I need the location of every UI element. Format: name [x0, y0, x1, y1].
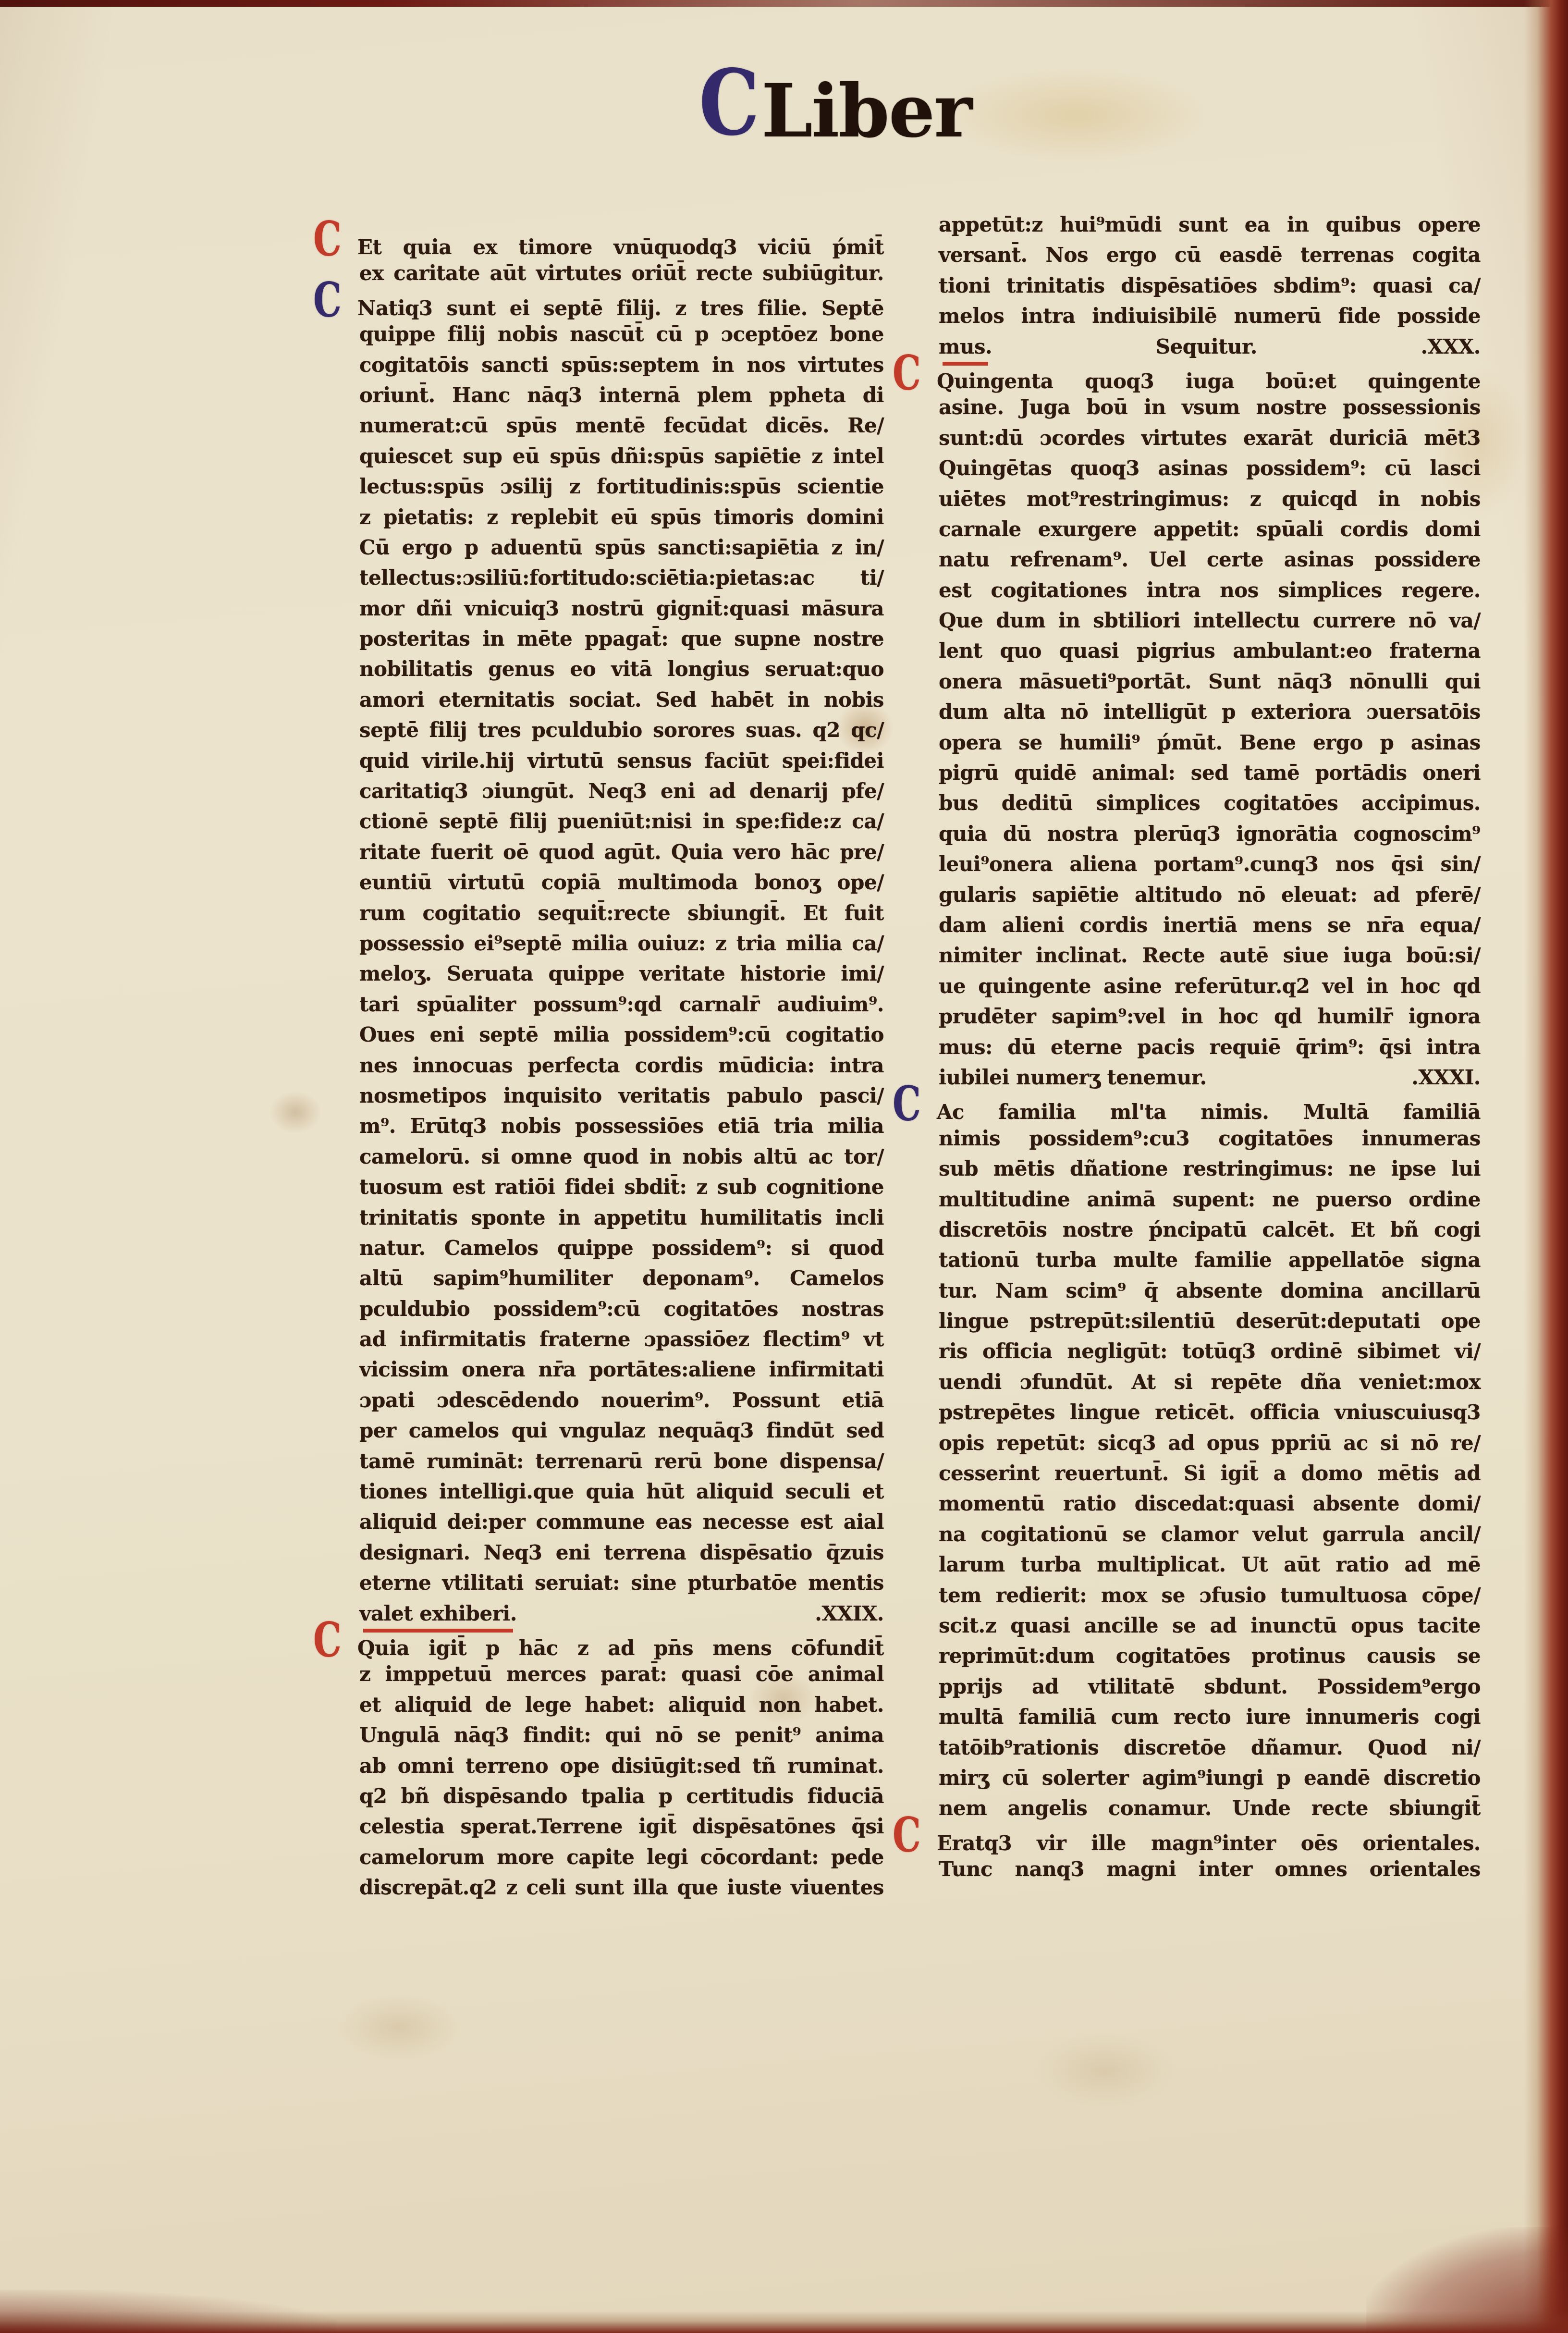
- line-text: ɔpati ɔdescēdendo nouerim⁹. Possunt etiā: [359, 1388, 884, 1412]
- text-line: tur. Nam scim⁹ q̄ absente domina ancilla…: [939, 1276, 1481, 1306]
- text-line: amori eternitatis sociat. Sed habēt in n…: [359, 685, 884, 715]
- line-text: opera se humili⁹ ṕmūt. Bene ergo p asina…: [939, 731, 1481, 754]
- line-text: cogitatōis sancti spūs:septem in nos vir…: [359, 353, 884, 377]
- line-text: m⁹. Erūtq3 nobis possessiōes etiā tria m…: [359, 1114, 884, 1138]
- text-line: cesserint reuertunt̄. Si igit̄ a domo mē…: [939, 1458, 1481, 1488]
- line-text: mus: dū eterne pacis requiē q̄rim⁹: q̄si…: [939, 1035, 1481, 1059]
- text-line: nosmetipos inquisito veritatis pabulo pa…: [359, 1081, 884, 1111]
- text-line: ritate fuerit oē quod agūt. Quia vero hā…: [359, 837, 884, 867]
- text-line: oriunt̄. Hanc nāq3 internā plem ppheta d…: [359, 380, 884, 410]
- line-text: rum cogitatio sequit̄:recte sbiungit̄. E…: [359, 901, 884, 925]
- text-line: CQuia igit̄ p hāc z ad pn̄s mens cōfundi…: [359, 1629, 884, 1659]
- text-line: rum cogitatio sequit̄:recte sbiungit̄. E…: [359, 898, 884, 928]
- line-text: mor dñi vnicuiq3 nostrū gignit̄:quasi mā…: [359, 597, 884, 620]
- text-line: CQuingenta quoq3 iuga boū:et quingente: [939, 362, 1481, 392]
- text-line: prudēter sapim⁹:vel in hoc qd humilr̄ ig…: [939, 1001, 1481, 1031]
- text-line: pculdubio possidem⁹:cū cogitatōes nostra…: [359, 1294, 884, 1324]
- line-text: larum turba multiplicat. Ut aūt ratio ad…: [939, 1553, 1481, 1576]
- text-line: momentū ratio discedat:quasi absente dom…: [939, 1488, 1481, 1519]
- pilcrow-icon: C: [893, 354, 937, 393]
- line-text: versant̄. Nos ergo cū easdē terrenas cog…: [939, 243, 1481, 267]
- line-text: carnale exurgere appetit: spūali cordis …: [939, 517, 1481, 541]
- text-line: quid virile.hij virtutū sensus faciūt sp…: [359, 746, 884, 776]
- line-text: tatōib⁹rationis discretōe dñamur. Quod n…: [939, 1736, 1481, 1759]
- line-text: eterne vtilitati seruiat: sine pturbatōe…: [359, 1571, 884, 1595]
- text-line: natu refrenam⁹. Uel certe asinas posside…: [939, 544, 1481, 575]
- line-text: celestia sperat.Terrene igit̄ dispēsatōn…: [359, 1815, 884, 1838]
- line-text: natur. Camelos quippe possidem⁹: si quod: [359, 1236, 884, 1260]
- text-line: eterne vtilitati seruiat: sine pturbatōe…: [359, 1568, 884, 1598]
- text-line: posteritas in mēte ppagat̄: que supne no…: [359, 624, 884, 654]
- text-line: tamē rumināt: terrenarū rerū bone dispen…: [359, 1446, 884, 1476]
- text-line: versant̄. Nos ergo cū easdē terrenas cog…: [939, 240, 1481, 270]
- line-text: nosmetipos inquisito veritatis pabulo pa…: [359, 1084, 884, 1107]
- line-text: quippe filij nobis nascūt̄ cū p ɔceptōez…: [359, 322, 884, 346]
- text-line: quia dū nostra plerūq3 ignorātia cognosc…: [939, 819, 1481, 849]
- line-text: lingue pstrepūt:silentiū deserūt:deputat…: [939, 1309, 1481, 1333]
- line-text: bus deditū simplices cogitatōes accipimu…: [939, 791, 1481, 815]
- text-line: onera māsueti⁹portāt. Sunt nāq3 nōnulli …: [939, 666, 1481, 697]
- text-line: euntiū virtutū copiā multimoda bonoʒ ope…: [359, 867, 884, 897]
- line-text: tationū turba multe familie appellatōe s…: [939, 1248, 1481, 1272]
- line-text: ad infirmitatis fraterne ɔpassiōez flect…: [359, 1327, 884, 1351]
- text-line: ab omni terreno ope disiūgit:sed tñ rumi…: [359, 1751, 884, 1781]
- line-text: nimiter inclinat. Recte autē siue iuga b…: [939, 944, 1481, 967]
- line-text: Que dum in sbtiliori intellectu currere …: [939, 609, 1481, 632]
- text-line: ue quingente asine referūtur.q2 vel in h…: [939, 971, 1481, 1001]
- text-line: celestia sperat.Terrene igit̄ dispēsatōn…: [359, 1811, 884, 1842]
- text-line: opera se humili⁹ ṕmūt. Bene ergo p asina…: [939, 727, 1481, 758]
- text-line: mirʒ cū solerter agim⁹iungi p eandē disc…: [939, 1763, 1481, 1793]
- paper-stain: [1033, 2032, 1177, 2109]
- text-line: tatōib⁹rationis discretōe dñamur. Quod n…: [939, 1732, 1481, 1763]
- text-line: possessio ei⁹septē milia ouiuz: z tria m…: [359, 928, 884, 958]
- line-text: nes innocuas perfecta cordis mūdicia: in…: [359, 1054, 884, 1077]
- pilcrow-icon: C: [313, 281, 357, 319]
- text-line: tiones intelligi.que quia hūt aliquid se…: [359, 1476, 884, 1507]
- text-line: mus.Sequitur..XXX.: [939, 332, 1481, 362]
- line-text: natu refrenam⁹. Uel certe asinas posside…: [939, 548, 1481, 571]
- line-text: tiones intelligi.que quia hūt aliquid se…: [359, 1480, 884, 1503]
- text-line: q2 bñ dispēsando tpalia p certitudis fid…: [359, 1781, 884, 1811]
- text-line: na cogitationū se clamor velut garrula a…: [939, 1519, 1481, 1549]
- text-line: opis repetūt: sicq3 ad opus ppriū ac si …: [939, 1428, 1481, 1458]
- text-line: ris officia negligūt: totūq3 ordinē sibi…: [939, 1336, 1481, 1366]
- line-text: Ac familia ml'ta nimis. Multā familiā: [937, 1100, 1481, 1124]
- text-line: pstrepētes lingue reticēt. officia vnius…: [939, 1397, 1481, 1427]
- line-text: tur. Nam scim⁹ q̄ absente domina ancilla…: [939, 1279, 1481, 1302]
- text-line: bus deditū simplices cogitatōes accipimu…: [939, 788, 1481, 818]
- text-line: Cū ergo p aduentū spūs sancti:sapiētia z…: [359, 532, 884, 563]
- line-text: discrepāt.q2 z celi sunt illa que iuste …: [359, 1876, 884, 1899]
- text-line: camelorū. si omne quod in nobis altū ac …: [359, 1142, 884, 1172]
- text-line: tem redierit: mox se ɔfusio tumultuosa c…: [939, 1580, 1481, 1610]
- chapter-number: .XXIX.: [815, 1598, 884, 1629]
- text-line: CEt quia ex timore vnūquodq3 viciū ṕmit̄: [359, 228, 884, 258]
- line-text: gularis sapiētie altitudo nō eleuat: ad …: [939, 883, 1481, 907]
- text-line: melos intra indiuisibilē numerū fide pos…: [939, 301, 1481, 331]
- line-text: Quingenta quoq3 iuga boū:et quingente: [937, 369, 1481, 393]
- line-text: z imppetuū merces parat̄: quasi cōe anim…: [359, 1662, 884, 1686]
- text-line: CAc familia ml'ta nimis. Multā familiā: [939, 1093, 1481, 1123]
- book-fore-edge: [1524, 0, 1568, 2333]
- text-line: vicissim onera nr̄a portātes:aliene infi…: [359, 1354, 884, 1385]
- line-text: trinitatis sponte in appetitu humilitati…: [359, 1206, 884, 1229]
- line-text: Natiq3 sunt ei septē filij. z tres filie…: [357, 296, 884, 320]
- book-corner-stain: [0, 2290, 336, 2333]
- line-text: opis repetūt: sicq3 ad opus ppriū ac si …: [939, 1431, 1481, 1455]
- line-text: vicissim onera nr̄a portātes:aliene infi…: [359, 1358, 884, 1381]
- text-line: gularis sapiētie altitudo nō eleuat: ad …: [939, 880, 1481, 910]
- line-text: posteritas in mēte ppagat̄: que supne no…: [359, 627, 884, 651]
- text-line: m⁹. Erūtq3 nobis possessiōes etiā tria m…: [359, 1111, 884, 1141]
- text-line: dam alieni cordis inertiā mens se nr̄a e…: [939, 910, 1481, 940]
- text-line: tuosum est ratiōi fidei sbdit̄: z sub co…: [359, 1172, 884, 1202]
- line-text: multā familiā cum recto iure innumeris c…: [939, 1705, 1481, 1729]
- text-line: designari. Neq3 eni terrena dispēsatio q…: [359, 1537, 884, 1568]
- text-line: sunt:dū ɔcordes virtutes exarāt duriciā …: [939, 423, 1481, 453]
- line-text: cesserint reuertunt̄. Si igit̄ a domo mē…: [939, 1461, 1481, 1485]
- line-text: tari spūaliter possum⁹:qd carnalr̄ audiu…: [359, 993, 884, 1016]
- text-line: aliquid dei:per commune eas necesse est …: [359, 1507, 884, 1537]
- text-line: z imppetuū merces parat̄: quasi cōe anim…: [359, 1659, 884, 1689]
- line-text: lent quo quasi pigrius ambulant:eo frate…: [939, 639, 1481, 663]
- text-line: natur. Camelos quippe possidem⁹: si quod: [359, 1233, 884, 1263]
- chapter-number: .XXXI.: [1411, 1062, 1481, 1093]
- text-line: numerat:cū spūs mentē fecūdat dicēs. Re/: [359, 410, 884, 441]
- text-line: CEratq3 vir ille magn⁹inter oēs oriental…: [939, 1824, 1481, 1854]
- line-text: Ungulā nāq3 findit: qui nō se penit⁹ ani…: [359, 1723, 884, 1747]
- pilcrow-icon: C: [313, 1621, 357, 1660]
- line-text: camelorum more capite legi cōcordant: pe…: [359, 1845, 884, 1869]
- text-line: trinitatis sponte in appetitu humilitati…: [359, 1203, 884, 1233]
- line-text: aliquid dei:per commune eas necesse est …: [359, 1510, 884, 1534]
- text-line: altū sapim⁹humiliter deponam⁹. Camelos: [359, 1263, 884, 1293]
- pilcrow-icon: C: [893, 1085, 937, 1124]
- line-text: tamē rumināt: terrenarū rerū bone dispen…: [359, 1449, 884, 1473]
- text-line: meloʒ. Seruata quippe veritate historie …: [359, 958, 884, 989]
- rubricated-phrase: mus.: [939, 332, 992, 362]
- text-line: mus: dū eterne pacis requiē q̄rim⁹: q̄si…: [939, 1032, 1481, 1062]
- text-line: Que dum in sbtiliori intellectu currere …: [939, 605, 1481, 636]
- text-line: tari spūaliter possum⁹:qd carnalr̄ audiu…: [359, 989, 884, 1019]
- text-line: multā familiā cum recto iure innumeris c…: [939, 1702, 1481, 1732]
- line-text: tuosum est ratiōi fidei sbdit̄: z sub co…: [359, 1175, 884, 1199]
- text-line: iubilei numerʒ tenemur..XXXI.: [939, 1062, 1481, 1093]
- text-line: scit.z quasi ancille se ad inunctū opus …: [939, 1610, 1481, 1641]
- line-text: camelorū. si omne quod in nobis altū ac …: [359, 1145, 884, 1168]
- paper-stain: [942, 67, 1211, 163]
- text-line: est cogitationes intra nos simplices reg…: [939, 575, 1481, 605]
- line-text: quiescet sup eū spūs dñi:spūs sapiētie z…: [359, 444, 884, 468]
- text-line: lingue pstrepūt:silentiū deserūt:deputat…: [939, 1306, 1481, 1336]
- line-text: tellectus:ɔsiliū:fortitudo:sciētia:pieta…: [359, 566, 884, 589]
- line-text: onera māsueti⁹portāt. Sunt nāq3 nōnulli …: [939, 670, 1481, 693]
- text-line: CNatiq3 sunt ei septē filij. z tres fili…: [359, 289, 884, 319]
- line-text: melos intra indiuisibilē numerū fide pos…: [939, 304, 1481, 328]
- text-line: uiētes mot⁹restringimus: z quicqd in nob…: [939, 484, 1481, 514]
- text-line: lectus:spūs ɔsilij z fortitudinis:spūs s…: [359, 471, 884, 502]
- line-text: ris officia negligūt: totūq3 ordinē sibi…: [939, 1339, 1481, 1363]
- text-line: cogitatōis sancti spūs:septem in nos vir…: [359, 350, 884, 380]
- line-text: et aliquid de lege habet: aliquid non ha…: [359, 1693, 884, 1717]
- line-text: Quia igit̄ p hāc z ad pn̄s mens cōfundit…: [357, 1636, 884, 1660]
- line-text: prudēter sapim⁹:vel in hoc qd humilr̄ ig…: [939, 1005, 1481, 1028]
- line-text: pculdubio possidem⁹:cū cogitatōes nostra…: [359, 1297, 884, 1321]
- pilcrow-icon: C: [699, 58, 759, 149]
- text-line: asine. Juga boū in vsum nostre possessio…: [939, 392, 1481, 422]
- line-text: ex caritate aūt virtutes oriūt̄ recte su…: [359, 261, 884, 285]
- text-line: quiescet sup eū spūs dñi:spūs sapiētie z…: [359, 441, 884, 471]
- text-line: larum turba multiplicat. Ut aūt ratio ad…: [939, 1549, 1481, 1580]
- line-text: meloʒ. Seruata quippe veritate historie …: [359, 962, 884, 985]
- line-text-center: Sequitur.: [1156, 332, 1257, 362]
- text-line: discretōis nostre ṕncipatū calcēt. Et bñ…: [939, 1215, 1481, 1245]
- book-page: CLiber CEt quia ex timore vnūquodq3 vici…: [0, 0, 1568, 2333]
- text-line: mor dñi vnicuiq3 nostrū gignit̄:quasi mā…: [359, 593, 884, 624]
- text-line: quippe filij nobis nascūt̄ cū p ɔceptōez…: [359, 319, 884, 349]
- text-line: camelorum more capite legi cōcordant: pe…: [359, 1842, 884, 1872]
- line-text: reprimūt:dum cogitatōes protinus causis …: [939, 1644, 1481, 1668]
- text-line: Quingētas quoq3 asinas possidem⁹: cū las…: [939, 453, 1481, 483]
- line-text: multitudine animā supent: ne puerso ordi…: [939, 1188, 1481, 1211]
- text-line: carnale exurgere appetit: spūali cordis …: [939, 514, 1481, 544]
- line-text: nem angelis conamur. Unde recte sbiungit…: [939, 1796, 1481, 1820]
- text-line: ad infirmitatis fraterne ɔpassiōez flect…: [359, 1324, 884, 1354]
- line-text: Cū ergo p aduentū spūs sancti:sapiētia z…: [359, 536, 884, 559]
- paper-stain: [336, 1994, 461, 2061]
- text-line: Tunc nanq3 magni inter omnes orientales: [939, 1854, 1481, 1884]
- line-text: pprijs ad vtilitatē sbdunt. Possidem⁹erg…: [939, 1675, 1481, 1698]
- line-text: iubilei numerʒ tenemur.: [939, 1062, 1207, 1093]
- line-text: asine. Juga boū in vsum nostre possessio…: [939, 395, 1481, 419]
- line-text: tioni trinitatis dispēsatiōes sbdim⁹: qu…: [939, 274, 1481, 297]
- text-column-left: CEt quia ex timore vnūquodq3 viciū ṕmit̄…: [359, 228, 884, 1903]
- line-text: Quingētas quoq3 asinas possidem⁹: cū las…: [939, 456, 1481, 480]
- line-text: sub mētis dñatione restringimus: ne ipse…: [939, 1157, 1481, 1180]
- text-line: nimiter inclinat. Recte autē siue iuga b…: [939, 940, 1481, 970]
- text-line: nimis possidem⁹:cu3 cogitatōes innumeras: [939, 1123, 1481, 1154]
- text-line: Ungulā nāq3 findit: qui nō se penit⁹ ani…: [359, 1720, 884, 1750]
- line-text: uiētes mot⁹restringimus: z quicqd in nob…: [939, 487, 1481, 511]
- line-text: q2 bñ dispēsando tpalia p certitudis fid…: [359, 1784, 884, 1808]
- line-text: quid virile.hij virtutū sensus faciūt sp…: [359, 749, 884, 773]
- line-text: possessio ei⁹septē milia ouiuz: z tria m…: [359, 932, 884, 955]
- line-text: caritatiq3 ɔiungūt. Neq3 eni ad denarij …: [359, 779, 884, 803]
- line-text: Et quia ex timore vnūquodq3 viciū ṕmit̄: [357, 235, 884, 259]
- text-line: uendi ɔfundūt. At si repēte dña veniet:m…: [939, 1367, 1481, 1397]
- text-line: ɔpati ɔdescēdendo nouerim⁹. Possunt etiā: [359, 1385, 884, 1415]
- text-line: dum alta nō intelligūt p exteriora ɔuers…: [939, 697, 1481, 727]
- book-top-edge: [0, 0, 1568, 7]
- line-text: dum alta nō intelligūt p exteriora ɔuers…: [939, 700, 1481, 724]
- line-text: scit.z quasi ancille se ad inunctū opus …: [939, 1614, 1481, 1637]
- line-text: ctionē septē filij pueniūt:nisi in spe:f…: [359, 810, 884, 833]
- text-line: per camelos qui vngulaz nequāq3 findūt s…: [359, 1415, 884, 1446]
- text-line: ex caritate aūt virtutes oriūt̄ recte su…: [359, 258, 884, 288]
- text-line: nes innocuas perfecta cordis mūdicia: in…: [359, 1050, 884, 1081]
- book-corner-stain: [1366, 2227, 1568, 2333]
- line-text: oriunt̄. Hanc nāq3 internā plem ppheta d…: [359, 383, 884, 407]
- line-text: pigrū quidē animal: sed tamē portādis on…: [939, 761, 1481, 785]
- text-line: caritatiq3 ɔiungūt. Neq3 eni ad denarij …: [359, 776, 884, 806]
- line-text: amori eternitatis sociat. Sed habēt in n…: [359, 688, 884, 712]
- text-line: tioni trinitatis dispēsatiōes sbdim⁹: qu…: [939, 270, 1481, 301]
- text-line: et aliquid de lege habet: aliquid non ha…: [359, 1690, 884, 1720]
- text-line: sub mētis dñatione restringimus: ne ipse…: [939, 1154, 1481, 1184]
- text-line: Oues eni septē milia possidem⁹:cū cogita…: [359, 1019, 884, 1050]
- line-text: mirʒ cū solerter agim⁹iungi p eandē disc…: [939, 1766, 1481, 1790]
- pilcrow-icon: C: [893, 1816, 937, 1854]
- text-column-right: appetūt:z hui⁹mūdi sunt ea in quibus ope…: [939, 209, 1481, 1884]
- line-text: ue quingente asine referūtur.q2 vel in h…: [939, 974, 1481, 998]
- line-text: altū sapim⁹humiliter deponam⁹. Camelos: [359, 1266, 884, 1290]
- line-text: euntiū virtutū copiā multimoda bonoʒ ope…: [359, 871, 884, 894]
- text-line: septē filij tres pculdubio sorores suas.…: [359, 715, 884, 745]
- text-line: ctionē septē filij pueniūt:nisi in spe:f…: [359, 806, 884, 836]
- line-text: lectus:spūs ɔsilij z fortitudinis:spūs s…: [359, 475, 884, 498]
- text-line: nobilitatis genus eo vitā longius seruat…: [359, 654, 884, 684]
- line-text: dam alieni cordis inertiā mens se nr̄a e…: [939, 913, 1481, 937]
- line-text: sunt:dū ɔcordes virtutes exarāt duriciā …: [939, 426, 1481, 450]
- line-text: Oues eni septē milia possidem⁹:cū cogita…: [359, 1023, 884, 1046]
- text-line: tationū turba multe familie appellatōe s…: [939, 1245, 1481, 1275]
- running-head: CLiber: [699, 72, 971, 154]
- line-text: tem redierit: mox se ɔfusio tumultuosa c…: [939, 1584, 1481, 1607]
- text-line: pigrū quidē animal: sed tamē portādis on…: [939, 758, 1481, 788]
- line-text: appetūt:z hui⁹mūdi sunt ea in quibus ope…: [939, 213, 1481, 236]
- line-text: septē filij tres pculdubio sorores suas.…: [359, 718, 884, 742]
- text-line: lent quo quasi pigrius ambulant:eo frate…: [939, 636, 1481, 666]
- line-text: per camelos qui vngulaz nequāq3 findūt s…: [359, 1419, 884, 1442]
- line-text: quia dū nostra plerūq3 ignorātia cognosc…: [939, 822, 1481, 846]
- line-text: Eratq3 vir ille magn⁹inter oēs orientale…: [937, 1831, 1481, 1855]
- line-text: momentū ratio discedat:quasi absente dom…: [939, 1492, 1481, 1515]
- paper-stain: [269, 1091, 322, 1134]
- text-line: valet exhiberi..XXIX.: [359, 1598, 884, 1629]
- pilcrow-icon: C: [313, 220, 357, 259]
- rubricated-phrase: valet exhiberi.: [359, 1598, 517, 1629]
- text-line: pprijs ad vtilitatē sbdunt. Possidem⁹erg…: [939, 1671, 1481, 1702]
- line-text: nimis possidem⁹:cu3 cogitatōes innumeras: [939, 1127, 1481, 1150]
- text-line: nem angelis conamur. Unde recte sbiungit…: [939, 1793, 1481, 1823]
- page-title: Liber: [761, 68, 972, 154]
- line-text: ab omni terreno ope disiūgit:sed tñ rumi…: [359, 1754, 884, 1778]
- text-line: reprimūt:dum cogitatōes protinus causis …: [939, 1641, 1481, 1671]
- line-text: est cogitationes intra nos simplices reg…: [939, 578, 1481, 602]
- text-line: tellectus:ɔsiliū:fortitudo:sciētia:pieta…: [359, 563, 884, 593]
- text-line: leui⁹onera aliena portam⁹.cunq3 nos q̄si…: [939, 849, 1481, 879]
- line-text: Tunc nanq3 magni inter omnes orientales: [939, 1857, 1481, 1881]
- text-line: appetūt:z hui⁹mūdi sunt ea in quibus ope…: [939, 209, 1481, 240]
- line-text: na cogitationū se clamor velut garrula a…: [939, 1523, 1481, 1546]
- line-text: pstrepētes lingue reticēt. officia vnius…: [939, 1400, 1481, 1424]
- line-text: discretōis nostre ṕncipatū calcēt. Et bñ…: [939, 1218, 1481, 1241]
- text-line: discrepāt.q2 z celi sunt illa que iuste …: [359, 1872, 884, 1903]
- line-text: nobilitatis genus eo vitā longius seruat…: [359, 657, 884, 681]
- chapter-number: .XXX.: [1421, 332, 1481, 362]
- line-text: uendi ɔfundūt. At si repēte dña veniet:m…: [939, 1370, 1481, 1394]
- text-line: multitudine animā supent: ne puerso ordi…: [939, 1184, 1481, 1215]
- text-line: z pietatis: z replebit eū spūs timoris d…: [359, 502, 884, 532]
- line-text: ritate fuerit oē quod agūt. Quia vero hā…: [359, 840, 884, 864]
- line-text: numerat:cū spūs mentē fecūdat dicēs. Re/: [359, 414, 884, 437]
- line-text: leui⁹onera aliena portam⁹.cunq3 nos q̄si…: [939, 852, 1481, 876]
- line-text: designari. Neq3 eni terrena dispēsatio q…: [359, 1541, 884, 1564]
- line-text: z pietatis: z replebit eū spūs timoris d…: [359, 505, 884, 529]
